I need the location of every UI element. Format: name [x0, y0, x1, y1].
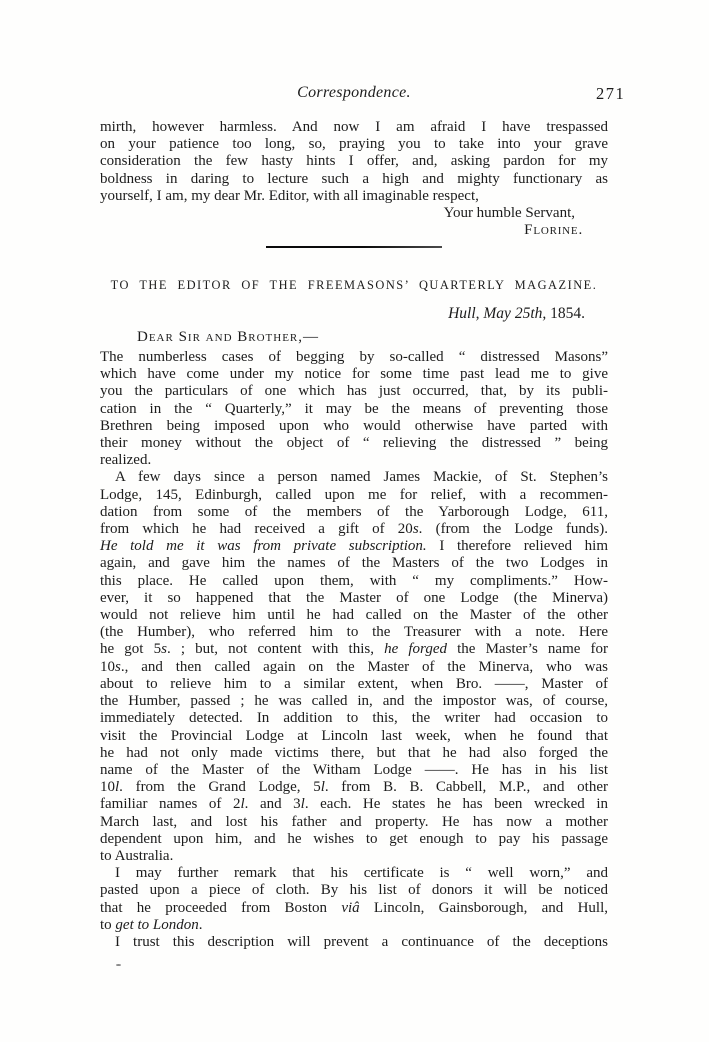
text-segment: yourself, I am, my dear Mr. Editor, with… [100, 188, 479, 204]
text-segment: the Master’s name for [447, 641, 608, 657]
text-line: to Australia. [100, 848, 608, 865]
text-line: 10s., and then called again on the Maste… [100, 659, 608, 676]
text-segment: He told me it was from private subscript… [100, 538, 427, 554]
text-line: Brethren being imposed upon who would ot… [100, 418, 608, 435]
text-segment: 1854. [546, 305, 585, 322]
text-segment: cation in the “ Quarterly,” it may be th… [100, 401, 608, 417]
text-line: cation in the “ Quarterly,” it may be th… [100, 401, 608, 418]
text-segment: Florine. [524, 222, 583, 238]
text-line: realized. [100, 452, 608, 469]
text-line: boldness in daring to lecture such a hig… [100, 171, 608, 188]
text-line: from which he had received a gift of 20s… [100, 521, 608, 538]
text-segment: immediately detected. In addition to thi… [100, 710, 608, 726]
text-segment: which have come under my notice for some… [100, 366, 608, 382]
text-segment: name of the Master of the Witham Lodge —… [100, 762, 608, 778]
text-segment: The numberless cases of begging by so-ca… [100, 349, 608, 365]
ink-speck [116, 964, 121, 966]
text-line: Lodge, 145, Edinburgh, called upon me fo… [100, 487, 608, 504]
text-line: Dear Sir and Brother,— [100, 329, 608, 346]
text-segment: he had not only made victims there, but … [100, 745, 608, 761]
text-segment: to [100, 917, 115, 933]
text-line: 10l. from the Grand Lodge, 5l. from B. B… [100, 779, 608, 796]
text-segment: Brethren being imposed upon who would ot… [100, 418, 608, 434]
text-line: the Humber, passed ; he was called in, a… [100, 693, 608, 710]
text-segment: about to relieve him to a similar extent… [100, 676, 608, 692]
text-segment: the Humber, passed ; he was called in, a… [100, 693, 608, 709]
text-line: I trust this description will prevent a … [100, 934, 608, 951]
text-segment: ever, it so happened that the Master of … [100, 590, 608, 606]
text-line: ever, it so happened that the Master of … [100, 590, 608, 607]
text-line: he got 5s. ; but, not content with this,… [100, 641, 608, 658]
paragraph-florine-close: mirth, however harmless. And now I am af… [100, 119, 608, 205]
text-segment: I therefore relieved him [427, 538, 608, 554]
text-line: again, and gave him the names of the Mas… [100, 555, 608, 572]
text-segment: March last, and lost his father and prop… [100, 814, 608, 830]
text-segment: boldness in daring to lecture such a hig… [100, 171, 608, 187]
text-segment: consideration the few hasty hints I offe… [100, 153, 608, 169]
text-segment: realized. [100, 452, 151, 468]
paragraph-numberless-cases: The numberless cases of begging by so-ca… [100, 349, 608, 469]
text-segment: 10 [100, 779, 115, 795]
text-segment: 10 [100, 659, 115, 675]
text-segment: . (from the Lodge funds). [419, 521, 608, 537]
letter-dateline: Hull, May 25th, 1854. [100, 305, 608, 322]
text-line: familiar names of 2l. and 3l. each. He s… [100, 796, 608, 813]
text-segment: ., and then called again on the Master o… [121, 659, 608, 675]
text-segment: . from the Grand Lodge, 5 [119, 779, 321, 795]
text-segment: dependent upon him, and he wishes to get… [100, 831, 608, 847]
text-line: dation from some of the members of the Y… [100, 504, 608, 521]
text-line: about to relieve him to a similar extent… [100, 676, 608, 693]
text-segment: (the Humber), who referred him to the Tr… [100, 624, 608, 640]
text-line: I may further remark that his certificat… [100, 865, 608, 882]
text-segment: pasted upon a piece of cloth. By his lis… [100, 882, 608, 898]
text-segment: . from B. B. Cabbell, M.P., and other [325, 779, 608, 795]
text-line: their money without the object of “ reli… [100, 435, 608, 452]
letter-salutation: Dear Sir and Brother,— [100, 329, 608, 346]
text-line: TO THE EDITOR OF THE FREEMASONS’ QUARTER… [100, 277, 608, 294]
text-segment: . ; but, not content with this, [167, 641, 384, 657]
text-segment: he forged [384, 641, 447, 657]
page-number: 271 [596, 84, 625, 104]
text-line: immediately detected. In addition to thi… [100, 710, 608, 727]
text-line: name of the Master of the Witham Lodge —… [100, 762, 608, 779]
text-segment: A few days since a person named James Ma… [115, 469, 608, 485]
text-segment: I may further remark that his certificat… [115, 865, 608, 881]
text-segment: that he proceeded from Boston [100, 900, 341, 916]
text-segment: . [199, 917, 203, 933]
text-segment: to Australia. [100, 848, 173, 864]
letter-heading: TO THE EDITOR OF THE FREEMASONS’ QUARTER… [100, 277, 608, 294]
text-segment: their money without the object of “ reli… [100, 435, 608, 451]
text-line: consideration the few hasty hints I offe… [100, 153, 608, 170]
text-segment: mirth, however harmless. And now I am af… [100, 119, 608, 135]
text-segment: on your patience too long, so, praying y… [100, 136, 608, 152]
text-segment: get to London [115, 917, 198, 933]
text-line: he had not only made victims there, but … [100, 745, 608, 762]
text-line: which have come under my notice for some… [100, 366, 608, 383]
text-segment: Lincoln, Gainsborough, and Hull, [360, 900, 608, 916]
running-head-title: Correspondence. [100, 84, 608, 102]
text-segment: would not relieve him until he had calle… [100, 607, 608, 623]
text-line: pasted upon a piece of cloth. By his lis… [100, 882, 608, 899]
text-segment: Hull, May 25th, [448, 305, 546, 322]
text-line: yourself, I am, my dear Mr. Editor, with… [100, 188, 608, 205]
text-line: March last, and lost his father and prop… [100, 814, 608, 831]
text-segment: dation from some of the members of the Y… [100, 504, 608, 520]
text-line: dependent upon him, and he wishes to get… [100, 831, 608, 848]
text-segment: . each. He states he has been wrecked in [305, 796, 608, 812]
text-line: The numberless cases of begging by so-ca… [100, 349, 608, 366]
text-segment: visit the Provincial Lodge at Lincoln la… [100, 728, 608, 744]
text-segment: you the particulars of one which has jus… [100, 383, 608, 399]
text-line: Florine. [100, 222, 608, 239]
text-segment: Lodge, 145, Edinburgh, called upon me fo… [100, 487, 608, 503]
text-segment: again, and gave him the names of the Mas… [100, 555, 608, 571]
text-segment: this place. He called upon them, with “ … [100, 573, 608, 589]
text-line: to get to London. [100, 917, 608, 934]
text-line: Hull, May 25th, 1854. [100, 305, 608, 322]
paragraph-james-mackie: A few days since a person named James Ma… [100, 469, 608, 865]
text-line: would not relieve him until he had calle… [100, 607, 608, 624]
paragraph-certificate: I may further remark that his certificat… [100, 865, 608, 934]
text-line: that he proceeded from Boston viâ Lincol… [100, 900, 608, 917]
text-segment: familiar names of 2 [100, 796, 240, 812]
text-line: A few days since a person named James Ma… [100, 469, 608, 486]
text-line: this place. He called upon them, with “ … [100, 573, 608, 590]
text-line: mirth, however harmless. And now I am af… [100, 119, 608, 136]
text-segment: Your humble Servant, [444, 205, 575, 221]
paragraph-trust-description: I trust this description will prevent a … [100, 934, 608, 951]
text-segment: Dear Sir and Brother,— [137, 329, 319, 345]
text-segment: he got 5 [100, 641, 161, 657]
letter-body: mirth, however harmless. And now I am af… [100, 119, 608, 951]
letter-signature: Your humble Servant,Florine. [100, 205, 608, 239]
text-segment: . and 3 [245, 796, 301, 812]
text-line: He told me it was from private subscript… [100, 538, 608, 555]
text-segment: from which he had received a gift of 20 [100, 521, 413, 537]
text-line: Your humble Servant, [100, 205, 608, 222]
text-line: on your patience too long, so, praying y… [100, 136, 608, 153]
book-page: Correspondence. 271 mirth, however harml… [0, 0, 709, 1042]
text-segment: I trust this description will prevent a … [115, 934, 608, 950]
text-line: (the Humber), who referred him to the Tr… [100, 624, 608, 641]
text-segment: viâ [341, 900, 359, 916]
text-line: you the particulars of one which has jus… [100, 383, 608, 400]
text-line: visit the Provincial Lodge at Lincoln la… [100, 728, 608, 745]
text-segment: TO THE EDITOR OF THE FREEMASONS’ QUARTER… [111, 278, 598, 292]
section-divider-rule [266, 246, 442, 248]
